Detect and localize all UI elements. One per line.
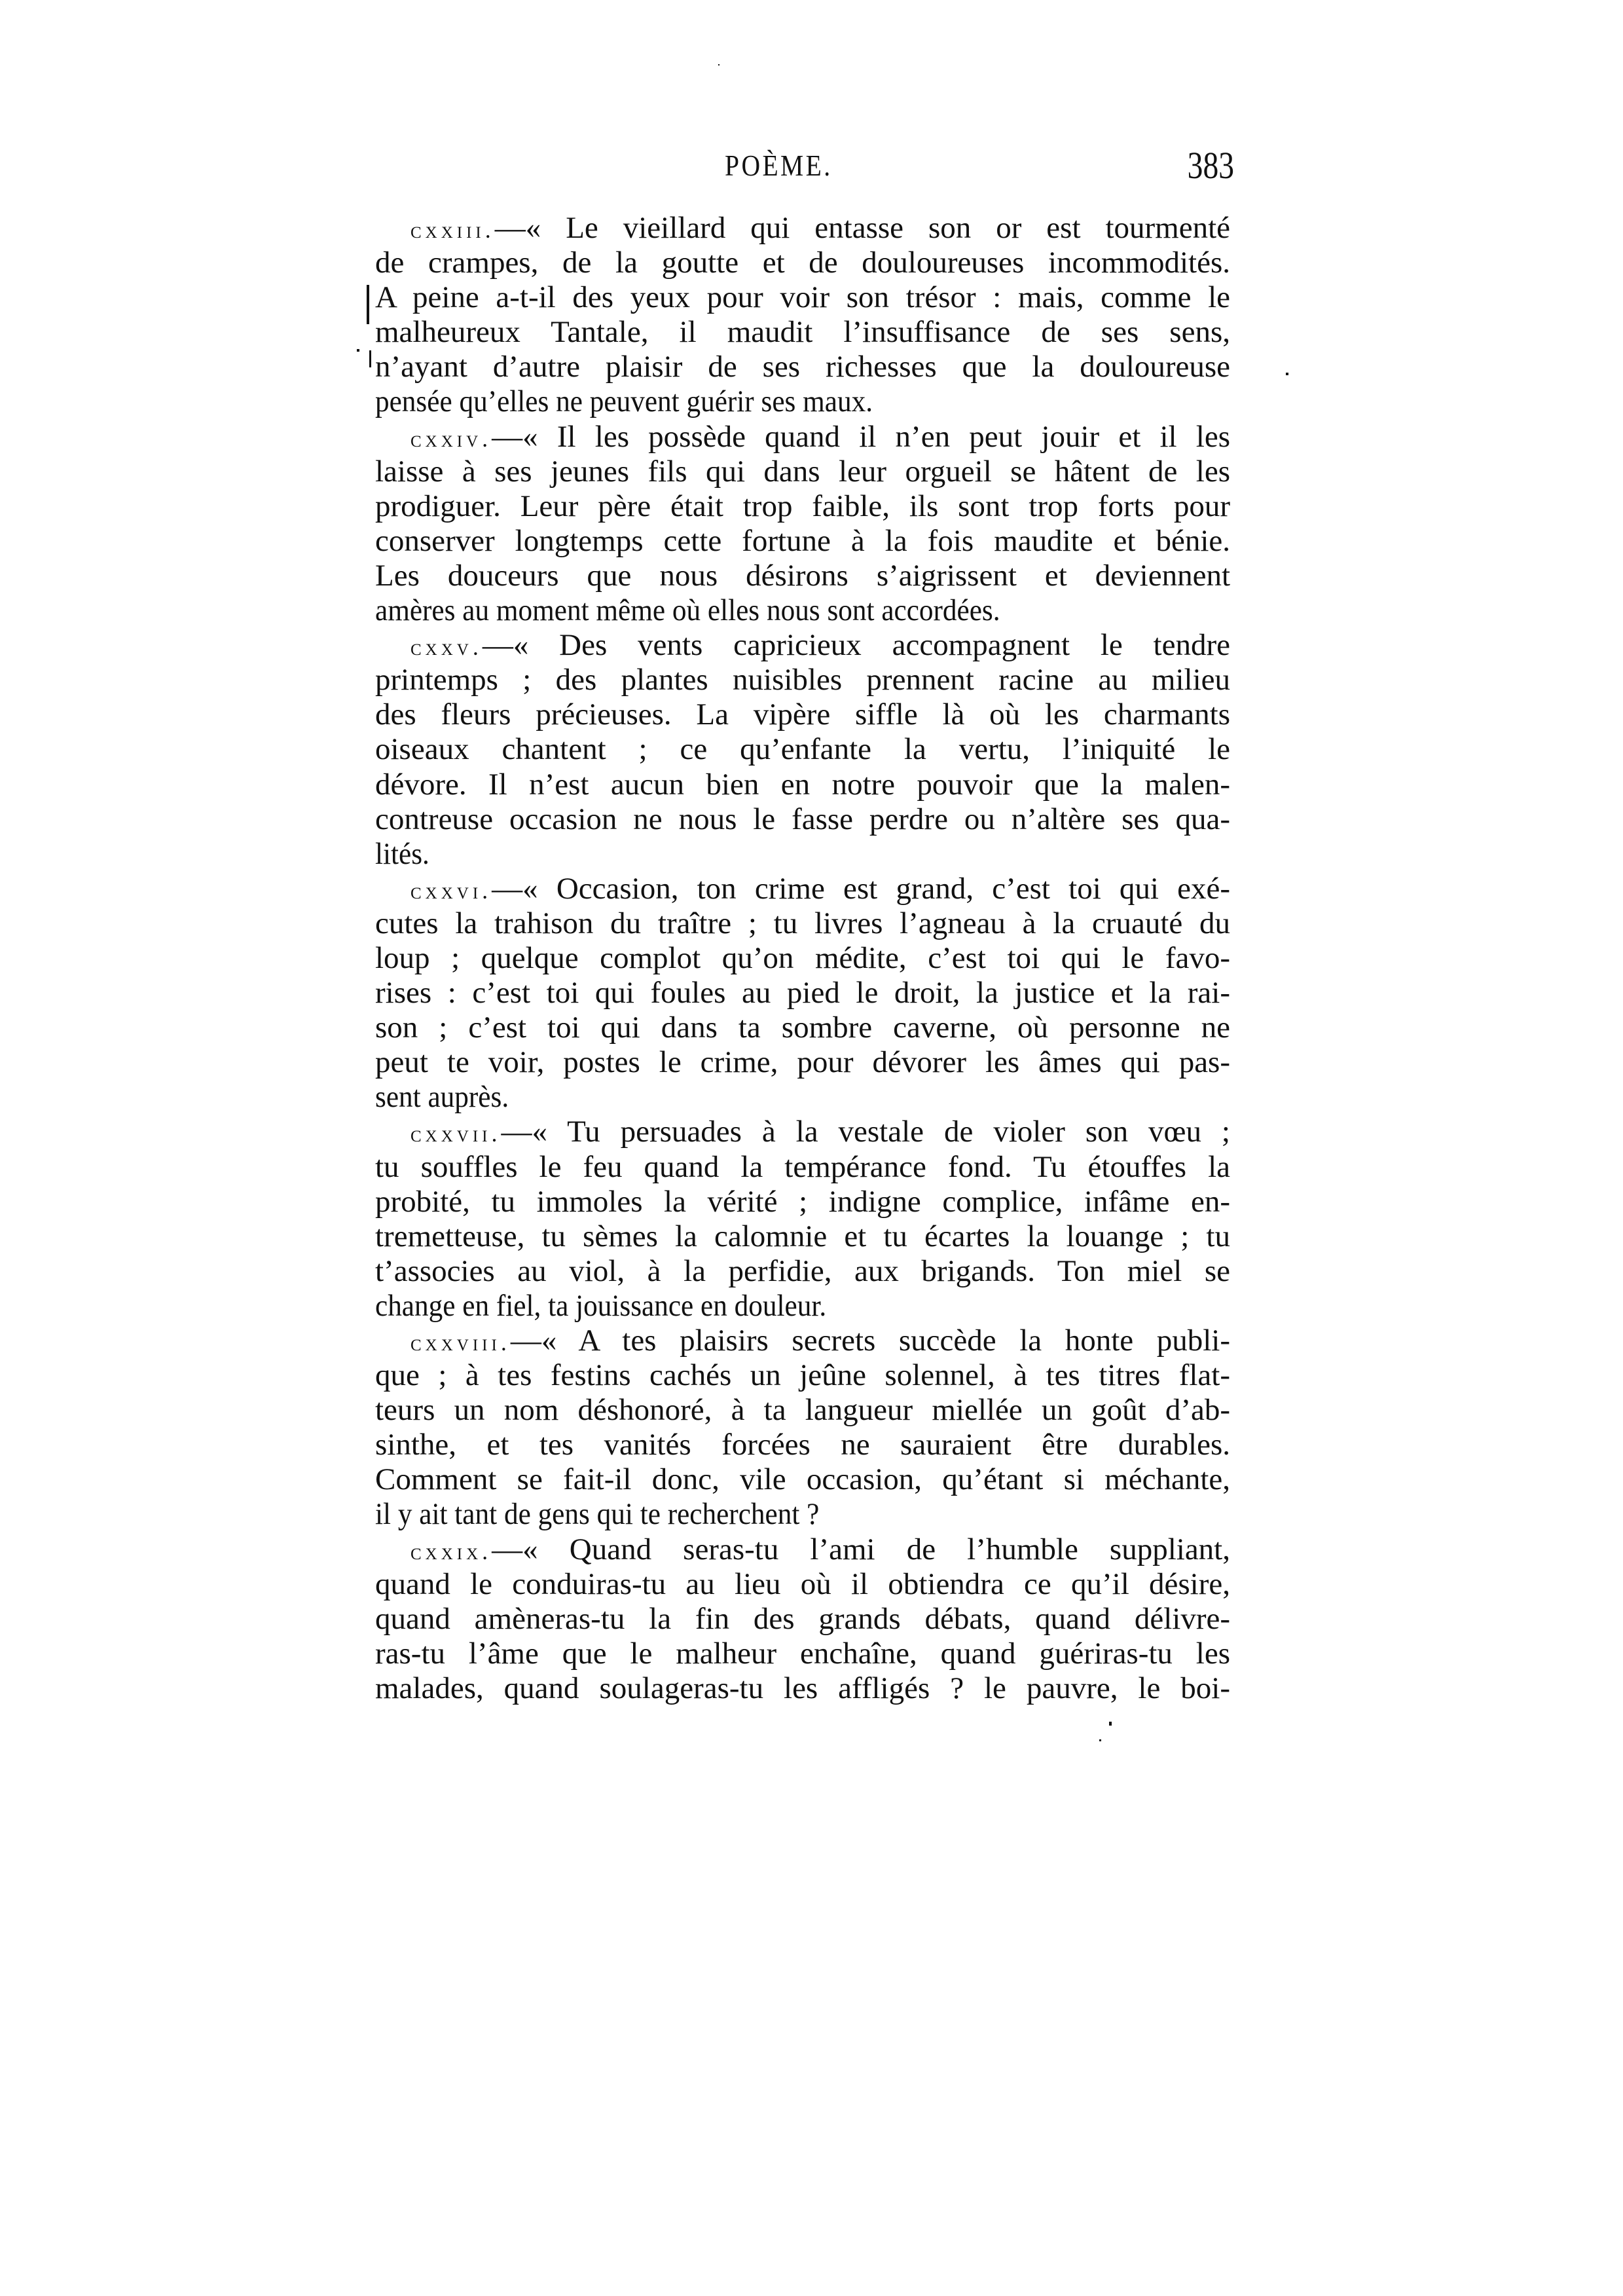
paragraph-line: —« Il les possède quand il n’en peut jou… [492,420,1230,454]
paragraph-number: cxxix. [410,1538,492,1565]
paragraph-number: cxxiii. [410,217,495,243]
paragraph-line: Les douceurs que nous désirons s’aigriss… [375,559,1230,593]
paragraph-line: peut te voir, postes le crime, pour dévo… [375,1045,1230,1080]
paragraph-line: sinthe, et tes vanités forcées ne saurai… [375,1428,1230,1462]
paragraph-line: A peine a-t-il des yeux pour voir son tr… [375,280,1230,315]
paragraph-line: de crampes, de la goutte et de douloureu… [375,246,1230,280]
paragraph-line: —« A tes plaisirs secrets succède la hon… [511,1324,1230,1358]
paragraph-number: cxxvii. [410,1120,501,1147]
paragraph-cxxiv: cxxiv.—« Il les possède quand il n’en pe… [375,420,1230,629]
running-head: POÈME. 383 [375,143,1234,189]
paragraph-line: probité, tu immoles la vérité ; indigne … [375,1185,1230,1219]
paragraph-line: —« Tu persuades à la vestale de violer s… [501,1115,1231,1149]
margin-speck [1286,373,1288,375]
paragraph-line: —« Le vieillard qui entasse son or est t… [495,211,1230,245]
paragraph-number: cxxv. [410,634,483,660]
paragraph-line: conserver longtemps cette fortune à la f… [375,524,1230,559]
margin-speck [1099,1739,1101,1741]
paragraph-line: malades, quand soulageras-tu les affligé… [375,1671,1230,1706]
paragraph-line: cutes la trahison du traître ; tu livres… [375,906,1230,941]
paragraph-line: Comment se fait-il donc, vile occasion, … [375,1462,1230,1497]
margin-mark [357,349,359,352]
paragraph-line: des fleurs précieuses. La vipère siffle … [375,697,1230,732]
paragraph-line: son ; c’est toi qui dans ta sombre caver… [375,1010,1230,1045]
paragraph-line: quand le conduiras-tu au lieu où il obti… [375,1567,1230,1602]
paragraph-line: printemps ; des plantes nuisibles prenne… [375,663,1230,697]
paragraph-line: quand amèneras-tu la fin des grands déba… [375,1602,1230,1637]
paragraph-cxxvii: cxxvii.—« Tu persuades à la vestale de v… [375,1115,1230,1324]
paragraph-line: loup ; quelque complot qu’on médite, c’e… [375,941,1230,976]
book-page: POÈME. 383 cxxiii.—« Le vieillard qui en… [0,0,1623,2296]
running-title: POÈME. [725,143,833,189]
paragraph-line: prodiguer. Leur père était trop faible, … [375,489,1230,524]
paragraph-line: contreuse occasion ne nous le fasse perd… [375,802,1230,837]
paragraph-number: cxxiv. [410,426,492,452]
margin-mark [369,350,371,367]
paragraph-number: cxxviii. [410,1329,511,1356]
paragraph-cxxv: cxxv.—« Des vents capricieux accompagnen… [375,628,1230,872]
page-number: 383 [1188,143,1234,189]
paragraph-line: lités. [375,837,429,872]
paragraph-cxxix: cxxix.—« Quand seras-tu l’ami de l’humbl… [375,1532,1230,1706]
paragraph-line: il y ait tant de gens qui te recherchent… [375,1497,819,1532]
paragraph-line: —« Occasion, ton crime est grand, c’est … [492,872,1230,906]
paragraph-number: cxxvi. [410,878,492,904]
paragraph-line: —« Quand seras-tu l’ami de l’humble supp… [492,1532,1230,1566]
body-text: cxxiii.—« Le vieillard qui entasse son o… [375,211,1230,1706]
paragraph-line: oiseaux chantent ; ce qu’enfante la vert… [375,732,1230,767]
paragraph-line: dévore. Il n’est aucun bien en notre pou… [375,768,1230,802]
paragraph-line: teurs un nom déshonoré, à ta langueur mi… [375,1393,1230,1428]
paragraph-line: tu souffles le feu quand la tempérance f… [375,1150,1230,1185]
paragraph-line: sent auprès. [375,1080,509,1115]
paragraph-line: que ; à tes festins cachés un jeûne sole… [375,1358,1230,1393]
paragraph-line: laisse à ses jeunes fils qui dans leur o… [375,454,1230,489]
margin-speck [718,64,720,65]
margin-mark [367,285,369,324]
paragraph-line: rises : c’est toi qui foules au pied le … [375,976,1230,1010]
margin-speck [1109,1722,1112,1726]
paragraph-cxxviii: cxxviii.—« A tes plaisirs secrets succèd… [375,1324,1230,1532]
paragraph-line: tremetteuse, tu sèmes la calomnie et tu … [375,1219,1230,1254]
paragraph-cxxvi: cxxvi.—« Occasion, ton crime est grand, … [375,872,1230,1115]
paragraph-line: amères au moment même où elles nous sont… [375,593,1000,628]
paragraph-cxxiii: cxxiii.—« Le vieillard qui entasse son o… [375,211,1230,420]
paragraph-line: malheureux Tantale, il maudit l’insuffis… [375,315,1230,350]
paragraph-line: n’ayant d’autre plaisir de ses richesses… [375,350,1230,384]
paragraph-line: change en fiel, ta jouissance en douleur… [375,1289,826,1324]
paragraph-line: ras-tu l’âme que le malheur enchaîne, qu… [375,1637,1230,1671]
paragraph-line: t’associes au viol, à la perfidie, aux b… [375,1254,1230,1289]
paragraph-line: pensée qu’elles ne peuvent guérir ses ma… [375,384,873,419]
paragraph-line: —« Des vents capricieux accompagnent le … [483,628,1230,662]
